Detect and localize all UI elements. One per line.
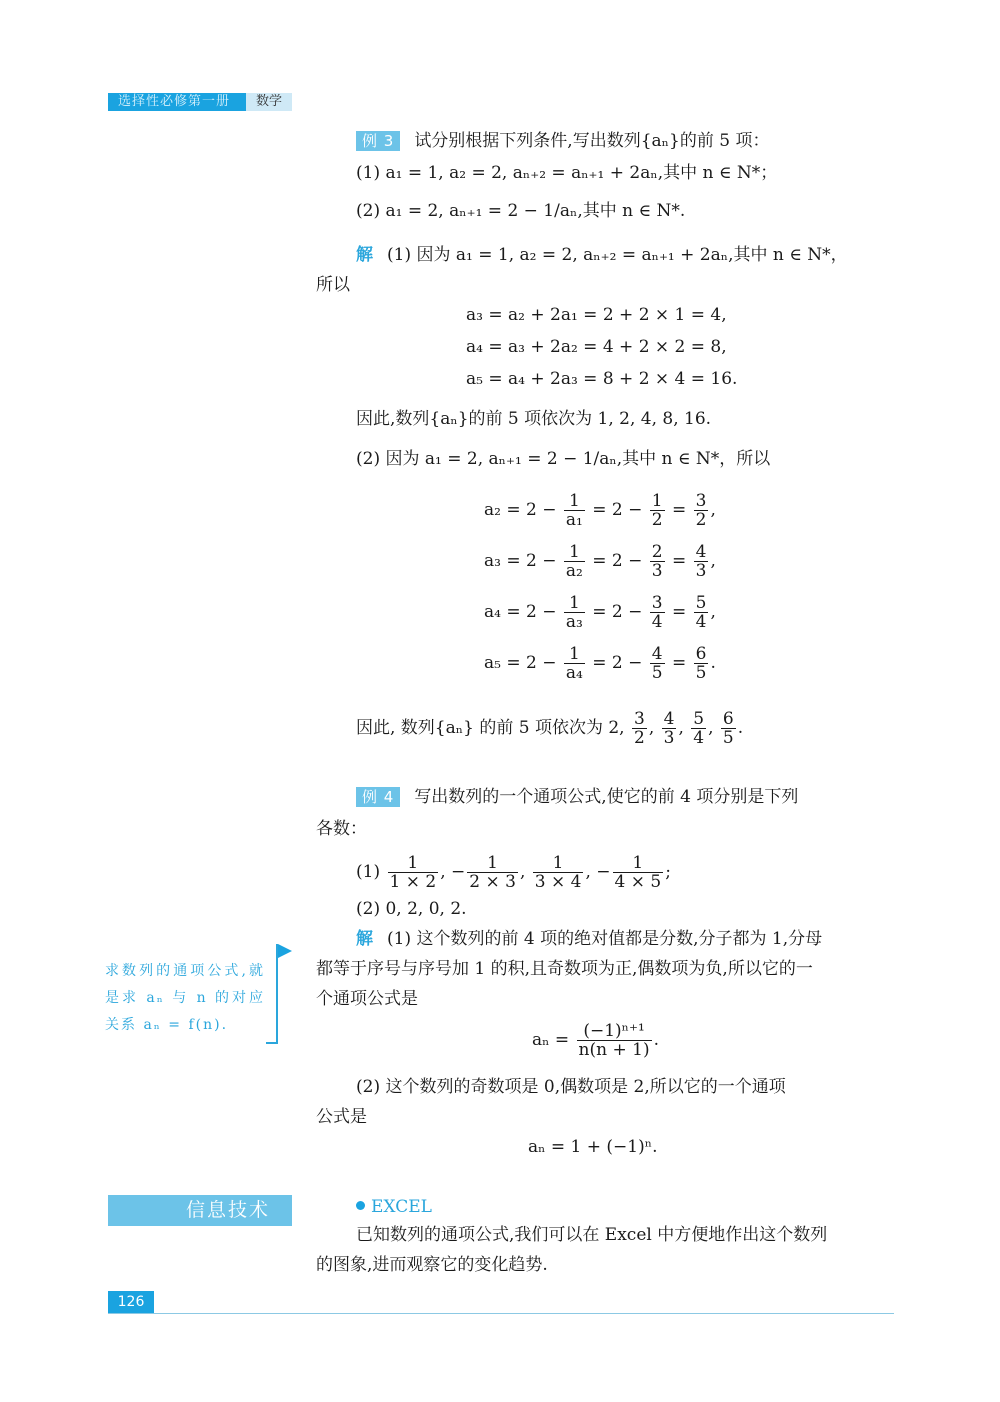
subject-label: 数学 [246, 93, 292, 111]
example4-solution1-line1: 解(1) 这个数列的前 4 项的绝对值都是分数,分子都为 1,分母 [356, 928, 822, 950]
example4-item2: (2) 0, 2, 0, 2. [356, 898, 467, 920]
example4-solution2-line2: 公式是 [316, 1106, 367, 1128]
example4-solution1-line3: 个通项公式是 [316, 988, 418, 1010]
example4-solution2-line1: (2) 这个数列的奇数项是 0,偶数项是 2,所以它的一个通项 [356, 1076, 786, 1098]
book-title-banner: 选择性必修第一册 [108, 93, 246, 111]
page-number: 126 [108, 1291, 154, 1313]
example3-solution1-so: 所以 [316, 274, 350, 296]
equation-step: a₄ = a₃ + 2a₂ = 4 + 2 × 2 = 8, [466, 336, 727, 358]
flag-pole-icon [276, 944, 278, 1044]
example4-solution1-line2: 都等于序号与序号加 1 的积,且奇数项为正,偶数项为负,所以它的一 [316, 958, 813, 980]
example3-solution2-intro: (2) 因为 a₁ = 2, aₙ₊₁ = 2 − 1/aₙ,其中 n ∈ N*… [356, 448, 770, 470]
bullet-dot-icon [356, 1201, 365, 1210]
equation-step: a₂ = 2 − 1a₁ = 2 − 12 = 32, [484, 492, 716, 529]
info-tech-line1: 已知数列的通项公式,我们可以在 Excel 中方便地作出这个数列 [356, 1224, 827, 1246]
example4-prompt-cont: 各数： [316, 818, 367, 840]
example4-tag: 例 4 [356, 787, 400, 807]
example3-prompt-line: 例 3试分别根据下列条件,写出数列{aₙ}的前 5 项： [356, 130, 769, 152]
equation-step: a₄ = 2 − 1a₃ = 2 − 34 = 54, [484, 594, 716, 631]
example3-prompt: 试分别根据下列条件,写出数列{aₙ}的前 5 项： [414, 131, 769, 151]
example4-item1: (1) 11 × 2, −12 × 3, 13 × 4, −14 × 5; [356, 854, 671, 891]
example4-prompt-line: 例 4写出数列的一个通项公式,使它的前 4 项分别是下列 [356, 786, 798, 808]
example4-prompt: 写出数列的一个通项公式,使它的前 4 项分别是下列 [414, 787, 798, 807]
example3-solution2-conclusion: 因此, 数列{aₙ} 的前 5 项依次为 2, 32, 43, 54, 65. [356, 710, 743, 747]
example4-formula2: aₙ = 1 + (−1)ⁿ. [528, 1136, 658, 1158]
solution-label: 解 [356, 245, 373, 265]
flag-icon [278, 944, 292, 958]
solution-label: 解 [356, 929, 373, 949]
info-tech-label: 信息技术 [108, 1195, 292, 1226]
example3-solution1-conclusion: 因此,数列{aₙ}的前 5 项依次为 1, 2, 4, 8, 16. [356, 408, 711, 430]
equation-step: a₃ = a₂ + 2a₁ = 2 + 2 × 1 = 4, [466, 304, 727, 326]
equation-step: a₅ = a₄ + 2a₃ = 8 + 2 × 4 = 16. [466, 368, 737, 390]
example4-formula1: aₙ = (−1)ⁿ⁺¹n(n + 1). [532, 1022, 659, 1059]
equation-step: a₅ = 2 − 1a₄ = 2 − 45 = 65. [484, 645, 716, 682]
example3-solution1-intro: 解(1) 因为 a₁ = 1, a₂ = 2, aₙ₊₂ = aₙ₊₁ + 2a… [356, 244, 848, 266]
example3-tag: 例 3 [356, 131, 400, 151]
info-tech-line2: 的图象,进而观察它的变化趋势. [316, 1254, 548, 1276]
equation-step: a₃ = 2 − 1a₂ = 2 − 23 = 43, [484, 543, 716, 580]
flag-foot-icon [266, 1042, 278, 1044]
example3-condition2: (2) a₁ = 2, aₙ₊₁ = 2 − 1/aₙ,其中 n ∈ N*. [356, 200, 685, 222]
side-note: 求数列的通项公式,就是求 aₙ 与 n 的对应关系 aₙ = f(n). [105, 958, 265, 1039]
excel-title: EXCEL [356, 1196, 432, 1218]
example3-condition1: (1) a₁ = 1, a₂ = 2, aₙ₊₂ = aₙ₊₁ + 2aₙ,其中… [356, 162, 777, 184]
footer-divider [108, 1313, 894, 1314]
